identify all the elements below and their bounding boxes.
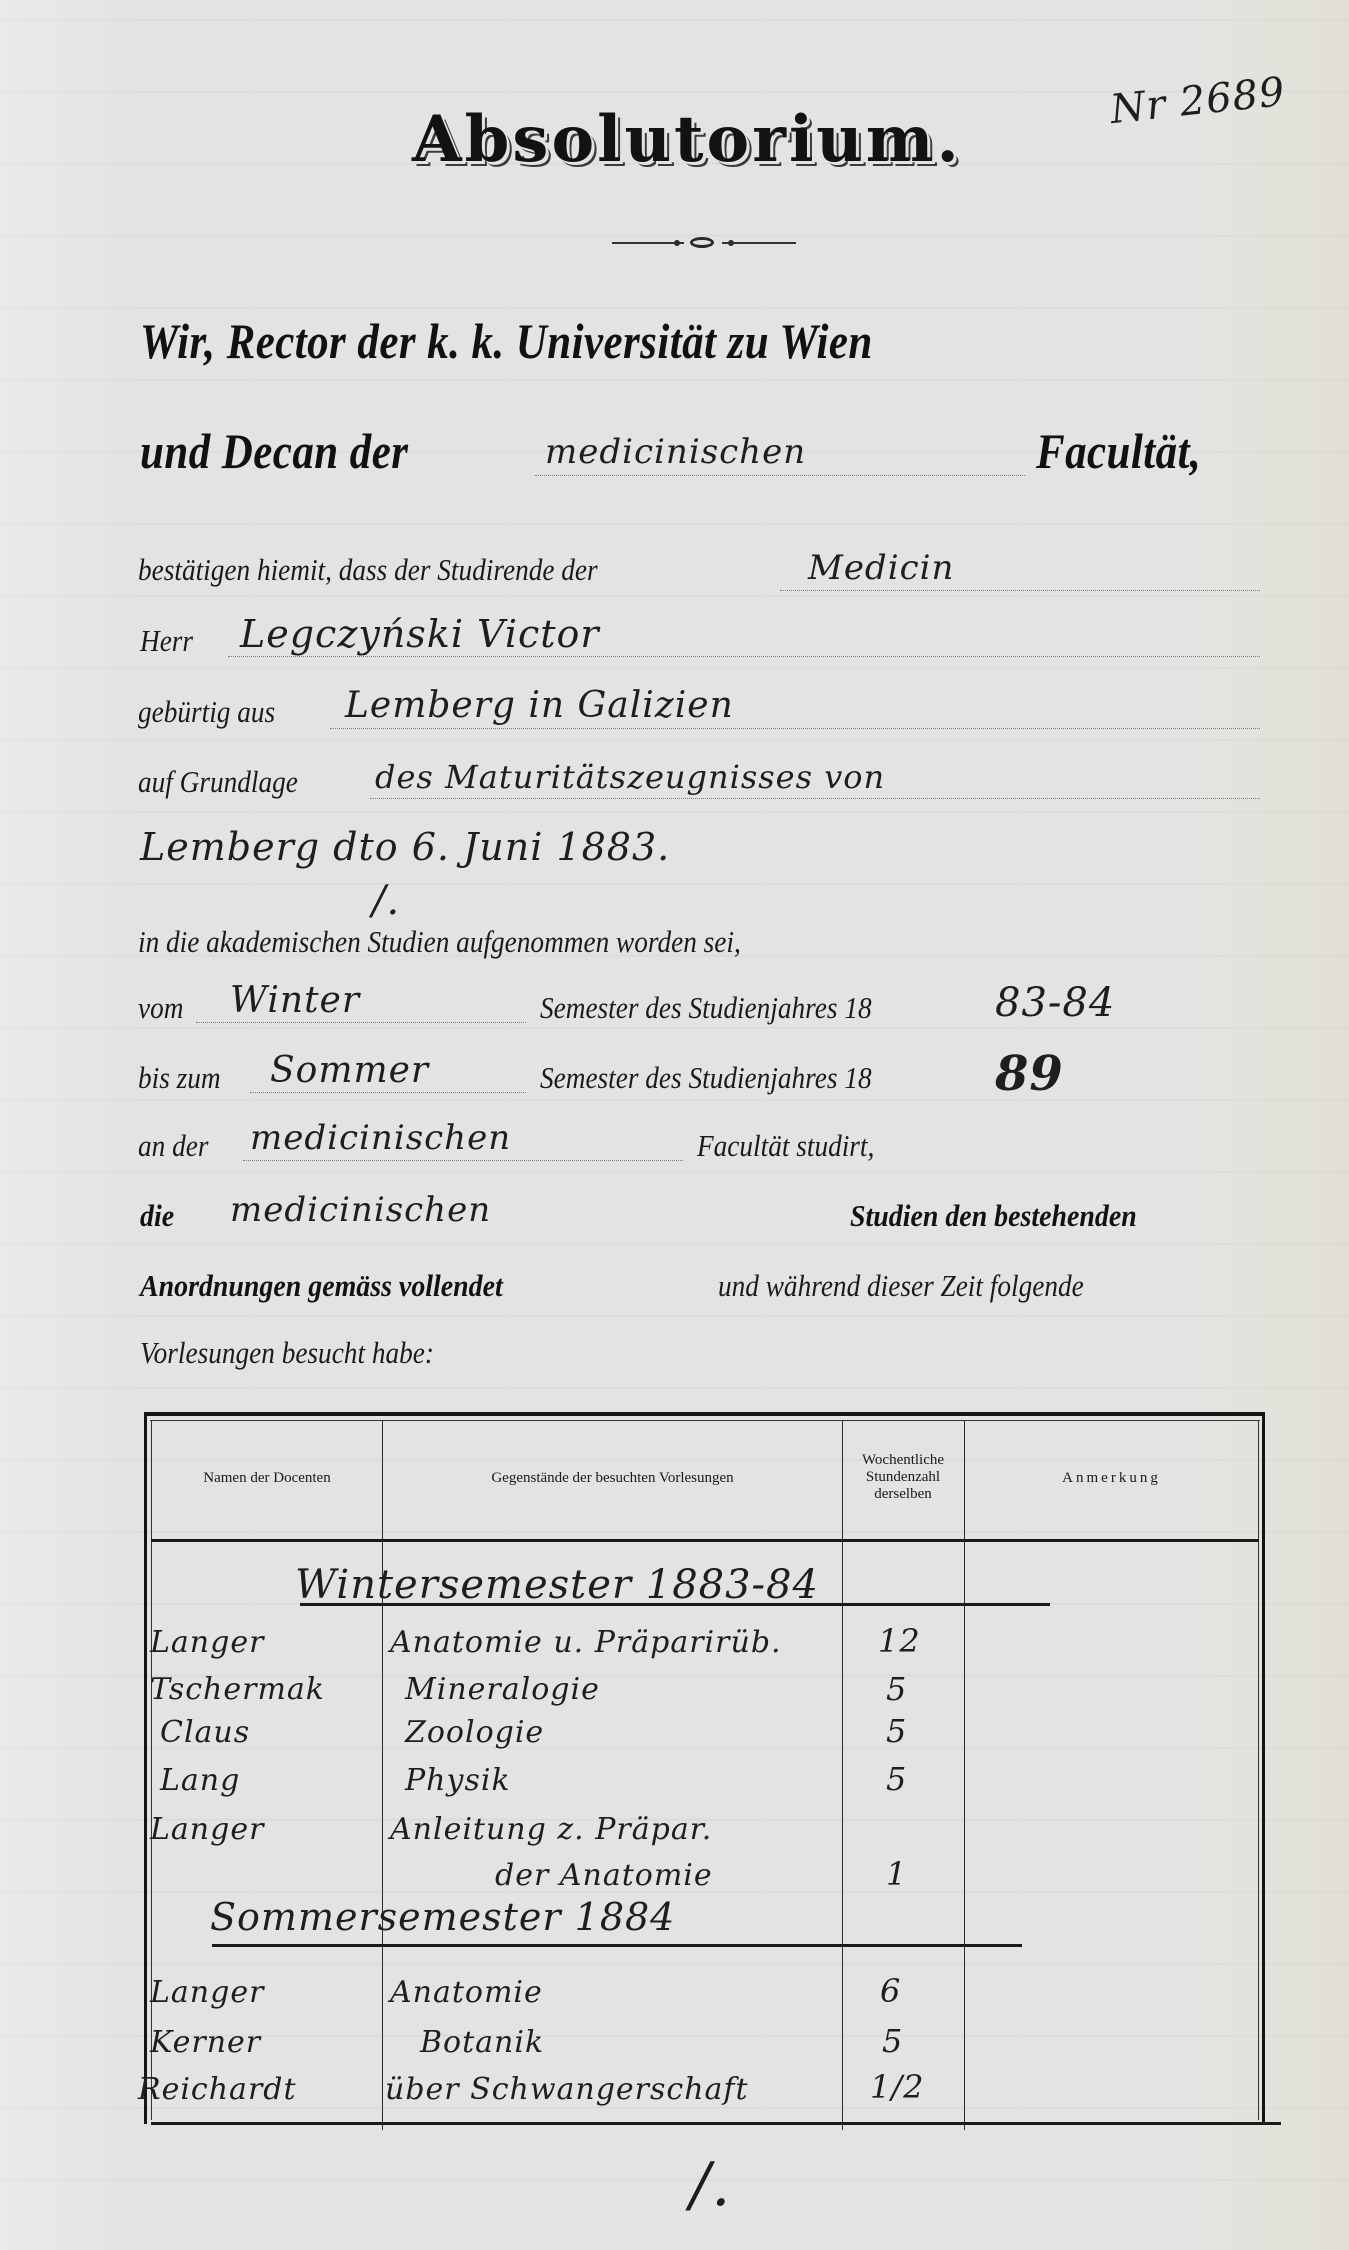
lecture-subject: Physik xyxy=(405,1763,511,1798)
basis-field-line-1: des Maturitätszeugnisses von xyxy=(375,758,885,796)
lecture-subject: über Schwangerschaft xyxy=(385,2072,749,2107)
table-inner-top-rule xyxy=(150,1420,1260,1421)
student-name-field: Legczyński Victor xyxy=(240,612,600,656)
heading-line-2-prefix: und Decan der xyxy=(140,422,408,480)
faculty-studied-field: medicinischen xyxy=(250,1118,511,1158)
lecture-subject: Botanik xyxy=(420,2025,544,2060)
to-semester-field-rule xyxy=(250,1092,526,1093)
lecture-subject: Anleitung z. Präpar. xyxy=(390,1812,712,1847)
decorative-divider-icon xyxy=(612,236,796,250)
basis-field-rule xyxy=(370,798,1260,799)
weekly-hours: 12 xyxy=(878,1622,921,1660)
heading-line-2-suffix: Facultät, xyxy=(1036,422,1201,480)
from-semester-field: Winter xyxy=(230,980,360,1021)
studies-field: medicinischen xyxy=(230,1190,491,1230)
lecture-subject: Anatomie xyxy=(390,1975,543,2010)
faculty-field: medicinischen xyxy=(545,432,806,472)
weekly-hours: 1 xyxy=(886,1855,907,1893)
weekly-hours: 5 xyxy=(886,1670,907,1708)
to-semester-field: Sommer xyxy=(270,1050,429,1091)
docent-name: Tschermak xyxy=(150,1672,325,1707)
section-underline-summer xyxy=(212,1944,1022,1947)
study-field: Medicin xyxy=(808,548,954,588)
table-outer-border xyxy=(144,1412,1265,2124)
column-header-notes: Anmerkung xyxy=(965,1470,1258,1487)
end-mark: /. xyxy=(690,2150,731,2220)
docent-name: Langer xyxy=(150,1812,264,1847)
section-underline-winter xyxy=(300,1603,1050,1606)
faculty-studied-prefix: an der xyxy=(138,1128,208,1164)
table-inner-left-rule xyxy=(151,1420,152,2120)
docent-name: Reichardt xyxy=(138,2072,297,2107)
birthplace-label: gebürtig aus xyxy=(138,694,275,730)
section-heading-summer: Sommersemester 1884 xyxy=(210,1895,675,1939)
document-title: Absolutorium. xyxy=(412,102,962,177)
to-label: bis zum xyxy=(138,1060,221,1096)
studies-suffix: Studien den bestehenden xyxy=(850,1198,1137,1234)
lecture-subject: Zoologie xyxy=(405,1715,544,1750)
herr-label: Herr xyxy=(140,623,193,659)
name-field-rule xyxy=(228,656,1260,657)
from-label: vom xyxy=(138,990,183,1026)
study-field-rule xyxy=(780,590,1260,591)
docent-name: Langer xyxy=(150,1625,264,1660)
header-bottom-rule xyxy=(151,1539,1259,1542)
completed-bold-text: Anordnungen gemäss vollendet xyxy=(140,1268,503,1304)
lecture-subject: der Anatomie xyxy=(495,1858,713,1893)
faculty-studied-suffix: Facultät studirt, xyxy=(697,1128,874,1164)
completed-rest-text: und während dieser Zeit folgende xyxy=(718,1268,1084,1304)
admitted-text: in die akademischen Studien aufgenommen … xyxy=(138,924,741,960)
from-semester-text: Semester des Studienjahres 18 xyxy=(540,990,872,1026)
section-heading-winter: Wintersemester 1883-84 xyxy=(295,1562,819,1608)
from-semester-field-rule xyxy=(196,1022,526,1023)
die-label: die xyxy=(140,1198,174,1234)
basis-field-line-2: Lemberg dto 6. Juni 1883. xyxy=(140,825,670,869)
column-divider-1 xyxy=(382,1420,383,2130)
column-divider-2 xyxy=(842,1420,843,2130)
faculty-field-rule xyxy=(535,475,1025,476)
to-semester-text: Semester des Studienjahres 18 xyxy=(540,1060,872,1096)
weekly-hours: 1/2 xyxy=(870,2068,925,2106)
faculty-studied-field-rule xyxy=(243,1160,683,1161)
basis-label: auf Grundlage xyxy=(138,764,298,800)
weekly-hours: 5 xyxy=(882,2022,903,2060)
heading-line-1: Wir, Rector der k. k. Universität zu Wie… xyxy=(140,312,873,370)
docent-name: Claus xyxy=(160,1715,250,1750)
lectures-intro-text: Vorlesungen besucht habe: xyxy=(140,1335,434,1371)
lecture-subject: Anatomie u. Präparirüb. xyxy=(390,1625,782,1660)
column-header-subjects: Gegenstände der besuchten Vorlesungen xyxy=(383,1470,842,1487)
birthplace-field-rule xyxy=(330,728,1260,729)
column-divider-3 xyxy=(964,1420,965,2130)
docent-name: Lang xyxy=(160,1763,240,1798)
confirm-text: bestätigen hiemit, dass der Studirende d… xyxy=(138,552,598,588)
birthplace-field: Lemberg in Galizien xyxy=(345,685,734,726)
docent-name: Langer xyxy=(150,1975,264,2010)
lecture-subject: Mineralogie xyxy=(405,1672,600,1707)
column-header-docents: Namen der Docenten xyxy=(152,1470,382,1487)
weekly-hours: 5 xyxy=(886,1712,907,1750)
to-year-field: 89 xyxy=(995,1046,1064,1102)
column-header-hours: Wochentliche Stundenzahl derselben xyxy=(848,1452,958,1503)
weekly-hours: 6 xyxy=(880,1972,901,2010)
docent-name: Kerner xyxy=(150,2025,261,2060)
weekly-hours: 5 xyxy=(886,1760,907,1798)
document-number: Nr 2689 xyxy=(1108,69,1287,133)
table-bottom-rule xyxy=(151,2122,1281,2125)
table-inner-right-rule xyxy=(1258,1420,1259,2120)
from-year-field: 83-84 xyxy=(995,980,1115,1026)
basis-end-mark: /. xyxy=(372,878,400,924)
